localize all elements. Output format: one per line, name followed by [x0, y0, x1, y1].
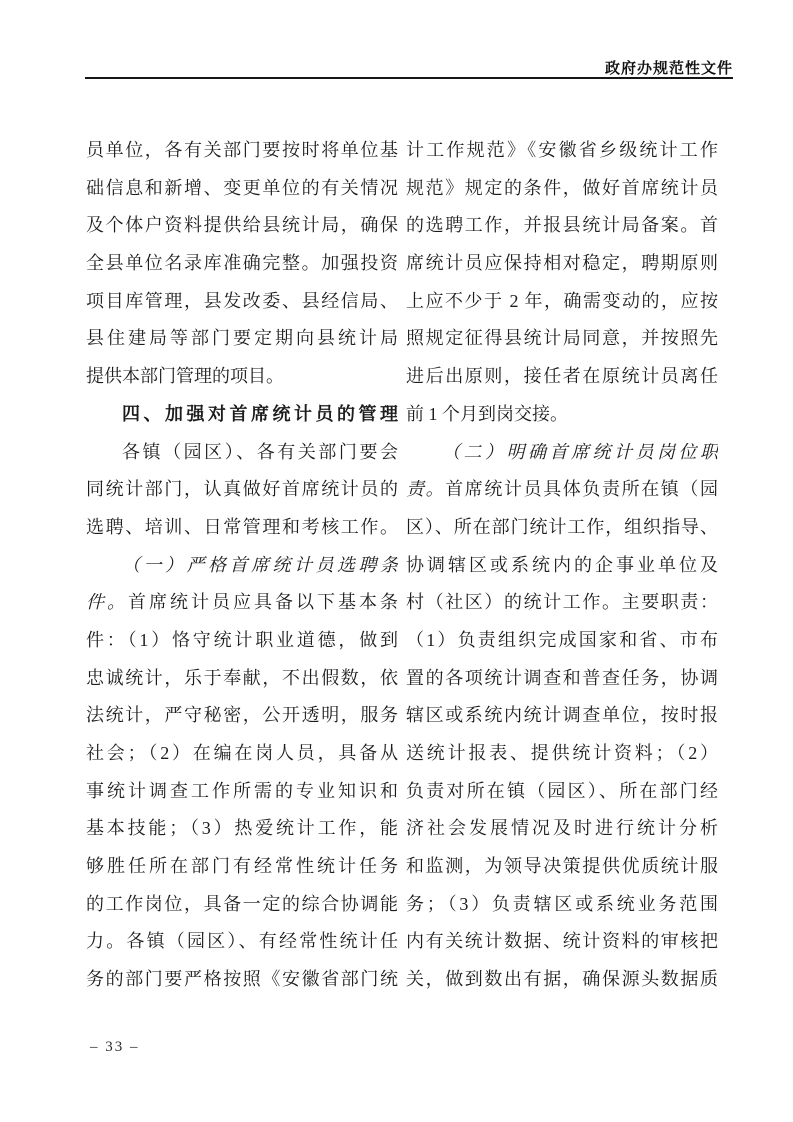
- text-line: 件。首席统计员应具备以下基本条: [86, 584, 398, 622]
- section-heading: 四、加强对首席统计员的管理: [86, 396, 398, 434]
- line-text: 员单位，各有关部门要按时将单位基: [86, 140, 398, 160]
- text-line: 够胜任所在部门有经常性统计任务: [86, 848, 398, 886]
- text-line: 同统计部门，认真做好首席统计员的: [86, 471, 398, 509]
- line-text: 提供本部门管理的项目。: [86, 366, 284, 386]
- text-line: 提供本部门管理的项目。: [86, 358, 398, 396]
- text-line: 席统计员应保持相对稳定，聘期原则: [406, 245, 718, 283]
- text-line: 选聘、培训、日常管理和考核工作。: [86, 509, 398, 547]
- text-line: 上应不少于 2 年，确需变动的，应按: [406, 283, 718, 321]
- line-text: 辖区或系统内统计调查单位，按时报: [406, 705, 718, 725]
- text-line: 及个体户资料提供给县统计局，确保: [86, 207, 398, 245]
- kai-lead-text: （二）明确首席统计员岗位职: [442, 442, 718, 462]
- text-line: 务；（3）负责辖区或系统业务范围: [406, 886, 718, 924]
- text-line: 辖区或系统内统计调查单位，按时报: [406, 697, 718, 735]
- line-text: 协调辖区或系统内的企事业单位及: [406, 555, 718, 575]
- line-text: 础信息和新增、变更单位的有关情况: [86, 178, 398, 198]
- line-text: 首席统计员应具备以下基本条: [128, 592, 398, 612]
- line-text: 项目库管理，县发改委、县经信局、: [86, 291, 398, 311]
- text-line: 计工作规范》《安徽省乡级统计工作: [406, 132, 718, 170]
- text-line: 力。各镇（园区）、有经常性统计任: [86, 923, 398, 961]
- kai-lead-text: 责。: [406, 479, 445, 499]
- line-text: 及个体户资料提供给县统计局，确保: [86, 215, 398, 235]
- line-text: 力。各镇（园区）、有经常性统计任: [86, 931, 398, 951]
- text-line: 县住建局等部门要定期向县统计局: [86, 320, 398, 358]
- line-text: 负责对所在镇（园区）、所在部门经: [406, 781, 718, 801]
- page-number: – 33 –: [90, 1039, 140, 1056]
- text-line: 送统计报表、提供统计资料；（2）: [406, 735, 718, 773]
- line-text: 前 1 个月到岗交接。: [406, 404, 568, 424]
- text-line: 协调辖区或系统内的企事业单位及: [406, 547, 718, 585]
- line-text: （1）负责组织完成国家和省、市布: [406, 630, 718, 650]
- text-line: 规范》规定的条件，做好首席统计员: [406, 170, 718, 208]
- text-line: 法统计，严守秘密，公开透明，服务: [86, 697, 398, 735]
- line-text: 置的各项统计调查和普查任务，协调: [406, 668, 718, 688]
- line-text: 县住建局等部门要定期向县统计局: [86, 328, 398, 348]
- text-column-right: 计工作规范》《安徽省乡级统计工作规范》规定的条件，做好首席统计员的选聘工作，并报…: [406, 132, 718, 999]
- line-text: 的工作岗位，具备一定的综合协调能: [86, 894, 398, 914]
- line-text: 计工作规范》《安徽省乡级统计工作: [406, 140, 718, 160]
- line-text: 上应不少于 2 年，确需变动的，应按: [406, 291, 718, 311]
- line-text: 村（社区）的统计工作。主要职责：: [406, 592, 718, 612]
- line-text: 法统计，严守秘密，公开透明，服务: [86, 705, 398, 725]
- text-line: 忠诚统计，乐于奉献，不出假数，依: [86, 660, 398, 698]
- text-line: 照规定征得县统计局同意，并按照先: [406, 320, 718, 358]
- text-line: 件：（1）恪守统计职业道德，做到: [86, 622, 398, 660]
- text-line: 济社会发展情况及时进行统计分析: [406, 810, 718, 848]
- line-text: 全县单位名录库准确完整。加强投资: [86, 253, 398, 273]
- line-text: 基本技能；（3）热爱统计工作，能: [86, 818, 398, 838]
- text-line: （1）负责组织完成国家和省、市布: [406, 622, 718, 660]
- line-text: 区）、所在部门统计工作，组织指导、: [406, 517, 718, 537]
- text-line: 事统计调查工作所需的专业知识和: [86, 773, 398, 811]
- text-line: 各镇（园区）、各有关部门要会: [86, 434, 398, 472]
- line-text: 务的部门要严格按照《安徽省部门统: [86, 969, 398, 989]
- line-text: 的选聘工作，并报县统计局备案。首: [406, 215, 718, 235]
- text-line: 关，做到数出有据，确保源头数据质: [406, 961, 718, 999]
- line-text: 社会；（2）在编在岗人员，具备从: [86, 743, 398, 763]
- text-line: （二）明确首席统计员岗位职: [406, 434, 718, 472]
- text-line: 内有关统计数据、统计资料的审核把: [406, 923, 718, 961]
- text-line: 员单位，各有关部门要按时将单位基: [86, 132, 398, 170]
- line-text: 四、加强对首席统计员的管理: [122, 404, 398, 424]
- line-text: 济社会发展情况及时进行统计分析: [406, 818, 718, 838]
- line-text: 照规定征得县统计局同意，并按照先: [406, 328, 718, 348]
- text-line: 和监测，为领导决策提供优质统计服: [406, 848, 718, 886]
- text-line: 础信息和新增、变更单位的有关情况: [86, 170, 398, 208]
- line-text: 件：（1）恪守统计职业道德，做到: [86, 630, 398, 650]
- kai-lead-text: （一）严格首席统计员选聘条: [122, 555, 398, 575]
- line-text: 内有关统计数据、统计资料的审核把: [406, 931, 718, 951]
- text-line: 社会；（2）在编在岗人员，具备从: [86, 735, 398, 773]
- text-line: 负责对所在镇（园区）、所在部门经: [406, 773, 718, 811]
- text-line: 全县单位名录库准确完整。加强投资: [86, 245, 398, 283]
- line-text: 席统计员应保持相对稳定，聘期原则: [406, 253, 718, 273]
- text-line: 项目库管理，县发改委、县经信局、: [86, 283, 398, 321]
- line-text: 规范》规定的条件，做好首席统计员: [406, 178, 718, 198]
- line-text: 和监测，为领导决策提供优质统计服: [406, 856, 718, 876]
- line-text: 事统计调查工作所需的专业知识和: [86, 781, 398, 801]
- line-text: 务；（3）负责辖区或系统业务范围: [406, 894, 718, 914]
- line-text: 同统计部门，认真做好首席统计员的: [86, 479, 398, 499]
- text-line: （一）严格首席统计员选聘条: [86, 547, 398, 585]
- header-title: 政府办规范性文件: [605, 57, 733, 78]
- text-line: 的选聘工作，并报县统计局备案。首: [406, 207, 718, 245]
- text-line: 进后出原则，接任者在原统计员离任: [406, 358, 718, 396]
- text-line: 置的各项统计调查和普查任务，协调: [406, 660, 718, 698]
- line-text: 首席统计员具体负责所在镇（园: [445, 479, 718, 499]
- line-text: 选聘、培训、日常管理和考核工作。: [86, 517, 398, 537]
- line-text: 送统计报表、提供统计资料；（2）: [406, 743, 718, 763]
- line-text: 关，做到数出有据，确保源头数据质: [406, 969, 718, 989]
- line-text: 忠诚统计，乐于奉献，不出假数，依: [86, 668, 398, 688]
- text-line: 的工作岗位，具备一定的综合协调能: [86, 886, 398, 924]
- text-line: 务的部门要严格按照《安徽省部门统: [86, 961, 398, 999]
- kai-lead-text: 件。: [86, 592, 128, 612]
- text-line: 村（社区）的统计工作。主要职责：: [406, 584, 718, 622]
- line-text: 够胜任所在部门有经常性统计任务: [86, 856, 398, 876]
- line-text: 进后出原则，接任者在原统计员离任: [406, 366, 718, 386]
- text-column-left: 员单位，各有关部门要按时将单位基础信息和新增、变更单位的有关情况及个体户资料提供…: [86, 132, 398, 999]
- text-line: 前 1 个月到岗交接。: [406, 396, 718, 434]
- line-text: 各镇（园区）、各有关部门要会: [122, 442, 398, 462]
- text-line: 基本技能；（3）热爱统计工作，能: [86, 810, 398, 848]
- text-line: 责。首席统计员具体负责所在镇（园: [406, 471, 718, 509]
- document-page: 政府办规范性文件 员单位，各有关部门要按时将单位基础信息和新增、变更单位的有关情…: [0, 0, 793, 1122]
- text-line: 区）、所在部门统计工作，组织指导、: [406, 509, 718, 547]
- header-rule: [85, 77, 733, 79]
